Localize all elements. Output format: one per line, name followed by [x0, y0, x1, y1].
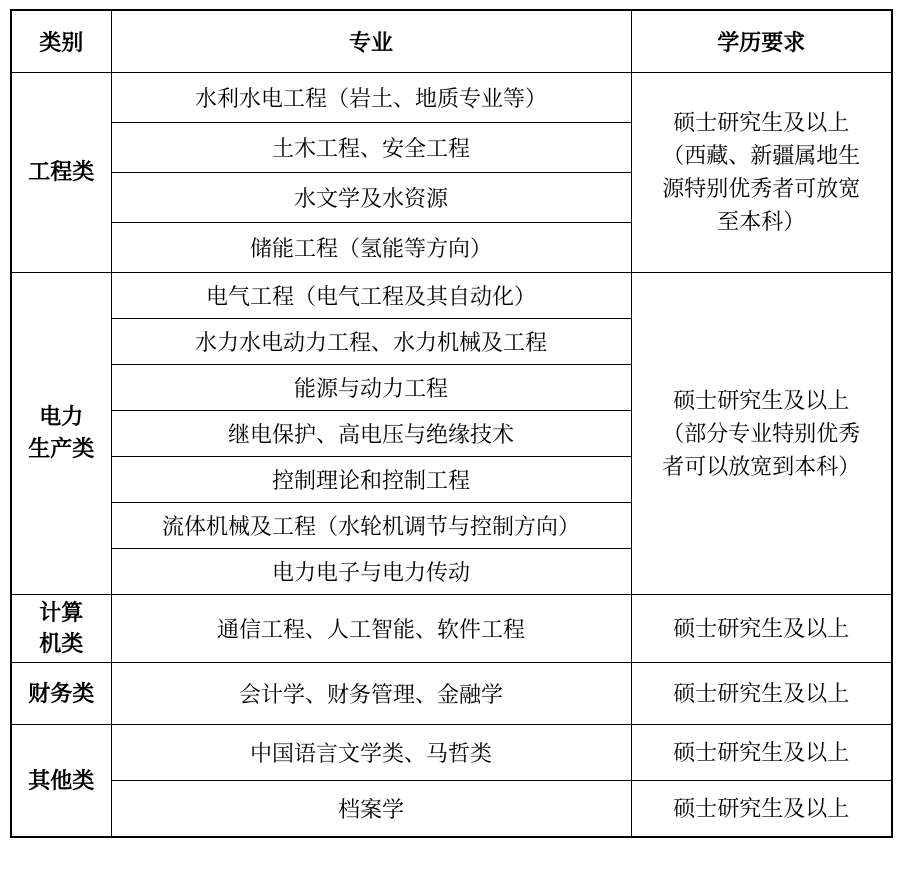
- table-row: 财务类 会计学、财务管理、金融学 硕士研究生及以上: [11, 663, 892, 725]
- category-cell-others: 其他类: [11, 725, 111, 837]
- major-cell: 会计学、财务管理、金融学: [111, 663, 631, 725]
- major-cell: 电力电子与电力传动: [111, 548, 631, 594]
- major-cell: 控制理论和控制工程: [111, 456, 631, 502]
- major-cell: 流体机械及工程（水轮机调节与控制方向）: [111, 502, 631, 548]
- table-row: 计算 机类 通信工程、人工智能、软件工程 硕士研究生及以上: [11, 594, 892, 663]
- category-cell-finance: 财务类: [11, 663, 111, 725]
- requirement-cell-computer: 硕士研究生及以上: [631, 594, 892, 663]
- major-cell: 档案学: [111, 781, 631, 837]
- major-cell: 中国语言文学类、马哲类: [111, 725, 631, 781]
- table-row: 档案学 硕士研究生及以上: [11, 781, 892, 837]
- major-cell: 水力水电动力工程、水力机械及工程: [111, 318, 631, 364]
- major-cell: 水利水电工程（岩土、地质专业等）: [111, 72, 631, 122]
- column-header-education: 学历要求: [631, 10, 892, 72]
- major-cell: 储能工程（氢能等方向）: [111, 222, 631, 272]
- major-cell: 水文学及水资源: [111, 172, 631, 222]
- requirement-cell-others-1: 硕士研究生及以上: [631, 725, 892, 781]
- major-cell: 土木工程、安全工程: [111, 122, 631, 172]
- category-cell-power-production: 电力 生产类: [11, 272, 111, 594]
- requirement-cell-finance: 硕士研究生及以上: [631, 663, 892, 725]
- requirements-table: 类别 专业 学历要求 工程类 水利水电工程（岩土、地质专业等） 硕士研究生及以上…: [10, 9, 893, 838]
- column-header-category: 类别: [11, 10, 111, 72]
- category-cell-engineering: 工程类: [11, 72, 111, 272]
- table-row: 其他类 中国语言文学类、马哲类 硕士研究生及以上: [11, 725, 892, 781]
- major-cell: 通信工程、人工智能、软件工程: [111, 594, 631, 663]
- requirement-cell-others-2: 硕士研究生及以上: [631, 781, 892, 837]
- table-header-row: 类别 专业 学历要求: [11, 10, 892, 72]
- column-header-major: 专业: [111, 10, 631, 72]
- page: 类别 专业 学历要求 工程类 水利水电工程（岩土、地质专业等） 硕士研究生及以上…: [0, 0, 901, 879]
- category-cell-computer: 计算 机类: [11, 594, 111, 663]
- requirement-cell-engineering: 硕士研究生及以上 （西藏、新疆属地生 源特别优秀者可放宽 至本科）: [631, 72, 892, 272]
- major-cell: 电气工程（电气工程及其自动化）: [111, 272, 631, 318]
- requirement-cell-power-production: 硕士研究生及以上 （部分专业特别优秀 者可以放宽到本科）: [631, 272, 892, 594]
- major-cell: 继电保护、高电压与绝缘技术: [111, 410, 631, 456]
- table-row: 电力 生产类 电气工程（电气工程及其自动化） 硕士研究生及以上 （部分专业特别优…: [11, 272, 892, 318]
- major-cell: 能源与动力工程: [111, 364, 631, 410]
- table-row: 工程类 水利水电工程（岩土、地质专业等） 硕士研究生及以上 （西藏、新疆属地生 …: [11, 72, 892, 122]
